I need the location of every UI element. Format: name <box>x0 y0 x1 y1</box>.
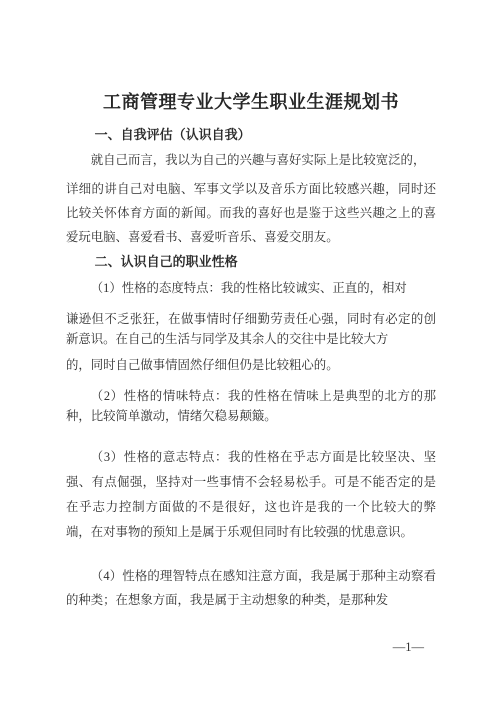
paragraph-interests-detail: 详细的讲自己对电脑、军事文学以及音乐方面比较感兴趣，同时还比较关怀体育方面的新闻… <box>66 177 436 249</box>
document-content: 工商管理专业大学生职业生涯规划书 一、自我评估（认识自我） 就自己而言，我以为自… <box>0 0 500 654</box>
paragraph-interests-intro: 就自己而言，我以为自己的兴趣与喜好实际上是比较宽泛的， <box>66 148 436 172</box>
paragraph-will-traits: （3）性格的意志特点：我的性格在乎志方面是比较坚决、坚强、有点倔强，坚持对一些事… <box>66 445 436 545</box>
paragraph-attitude-traits-detail: 谦逊但不乏张狂，在做事情时仔细勤劳责任心强，同时有必定的创新意识。在自己的生活与… <box>66 309 436 349</box>
section-heading-self-assessment: 一、自我评估（认识自我） <box>66 126 436 144</box>
page-title: 工商管理专业大学生职业生涯规划书 <box>66 90 436 114</box>
page-number: —1— <box>66 640 436 654</box>
section-heading-career-personality: 二、认识自己的职业性格 <box>66 253 436 271</box>
document-page: 工商管理专业大学生职业生涯规划书 一、自我评估（认识自我） 就自己而言，我以为自… <box>0 0 500 708</box>
paragraph-intellect-traits: （4）性格的理智特点在感知注意方面，我是属于那种主动察看的种类；在想象方面，我是… <box>66 564 436 612</box>
paragraph-attitude-traits-intro: （1）性格的态度特点：我的性格比较诚实、正直的，相对 <box>66 276 436 300</box>
paragraph-emotional-traits: （2）性格的情味特点：我的性格在情味上是典型的北方的那种，比较简单激动，情绪欠稳… <box>66 386 436 426</box>
paragraph-attitude-traits-end: 的，同时自己做事情固然仔细但仍是比较粗心的。 <box>66 353 436 377</box>
